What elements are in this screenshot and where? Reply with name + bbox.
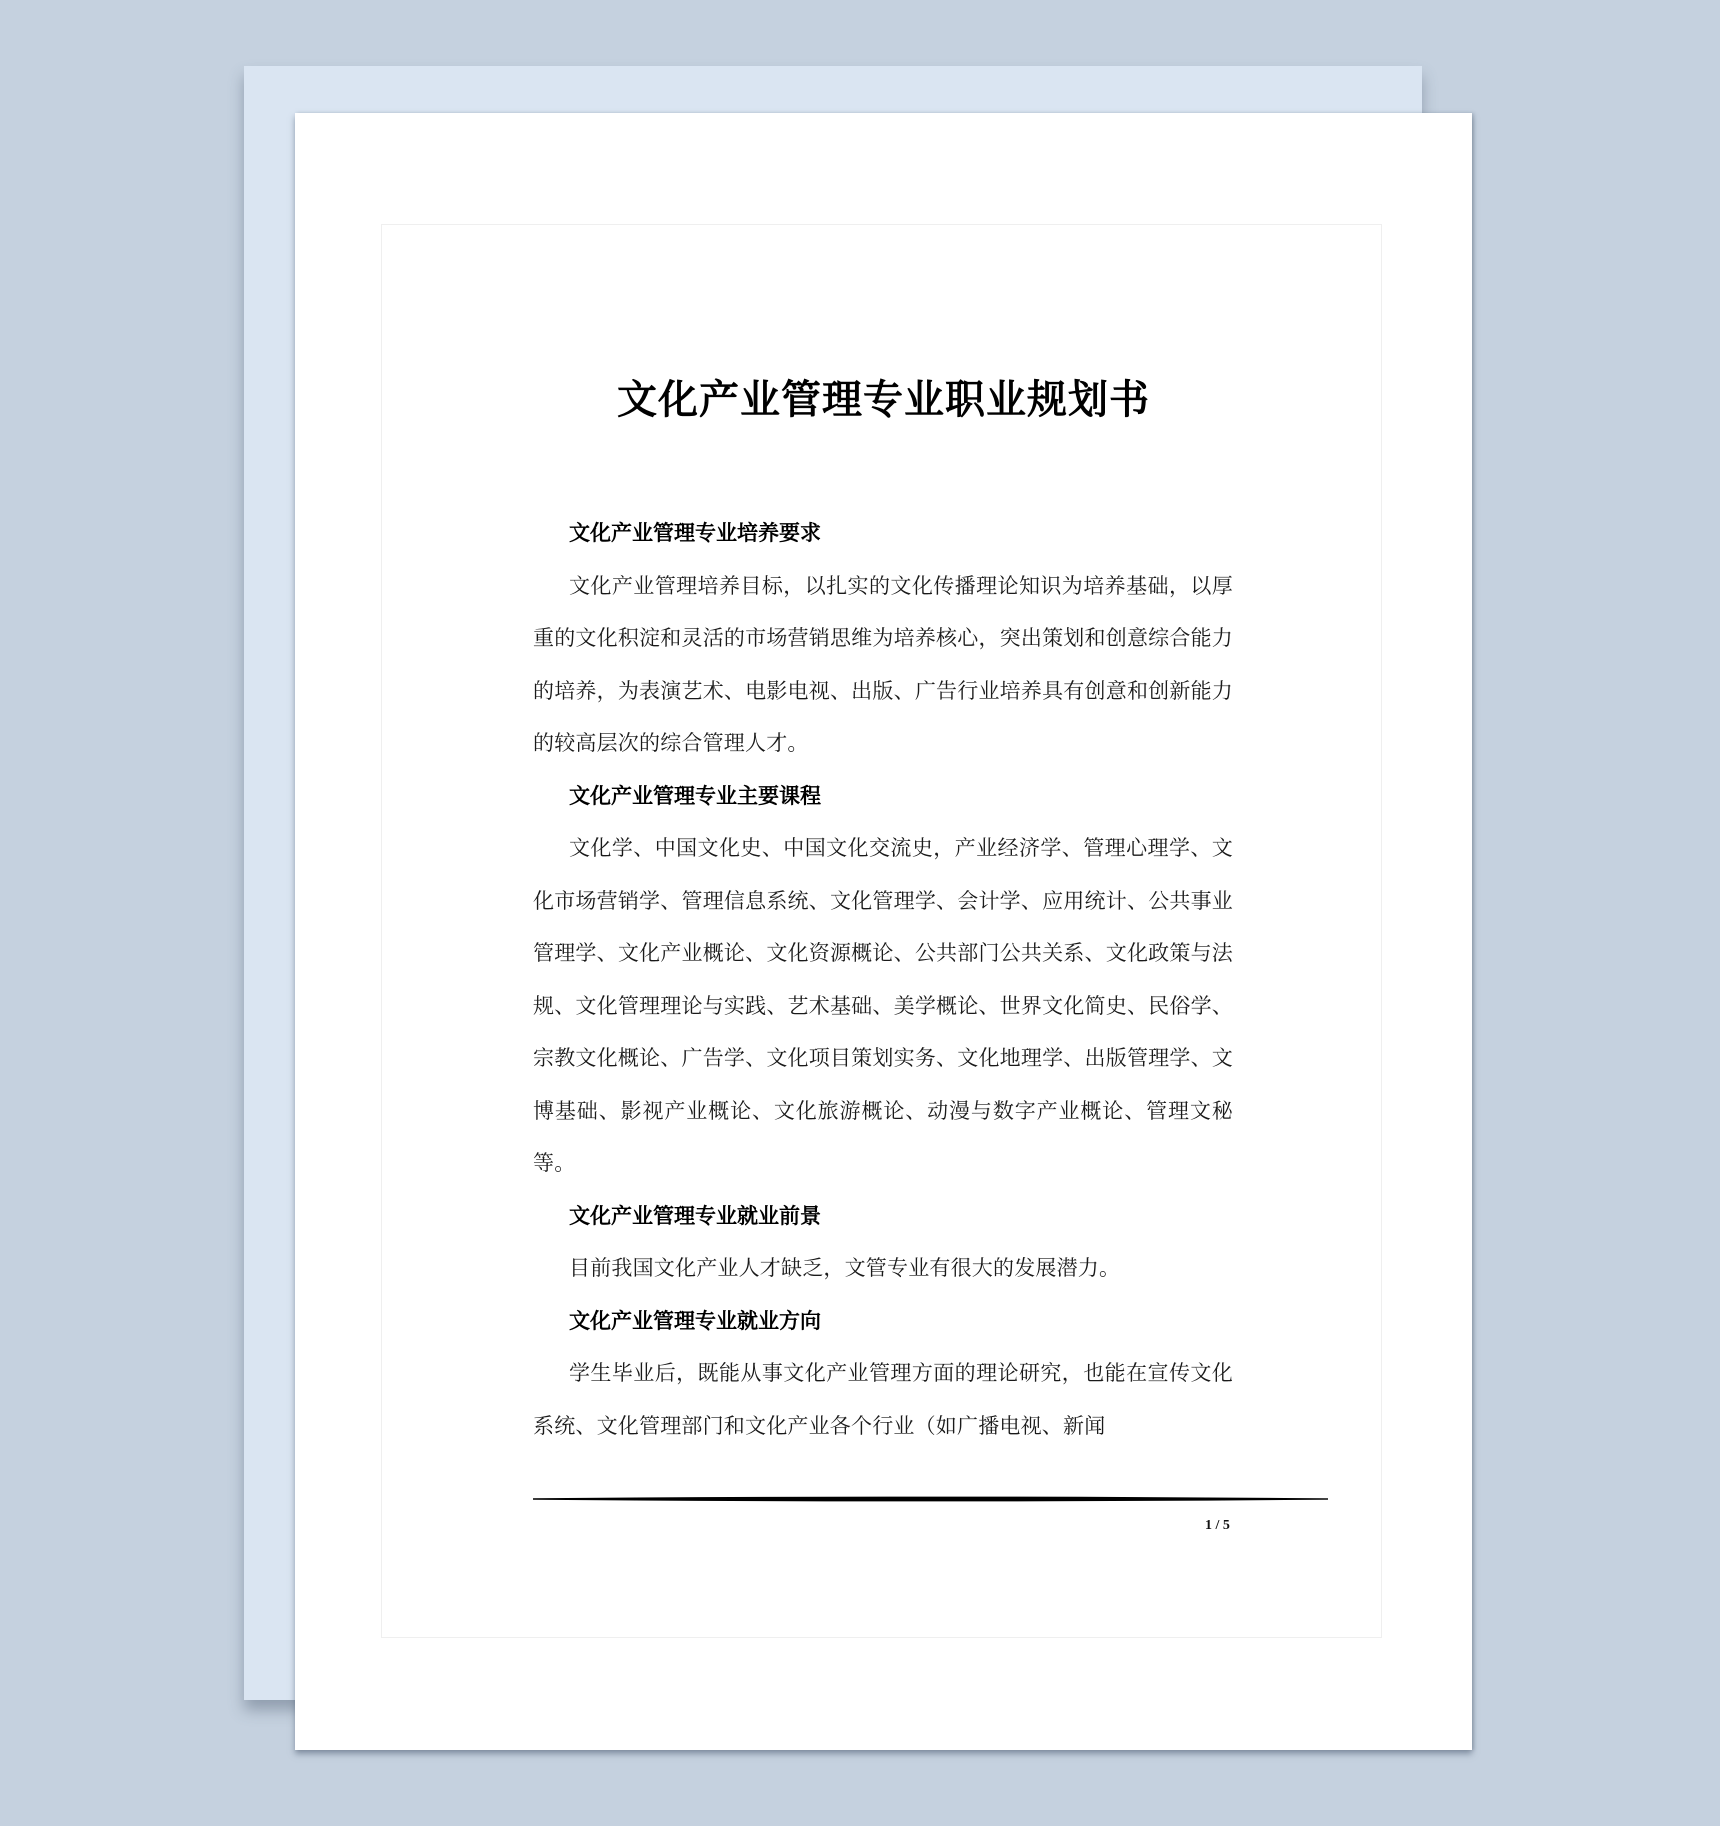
- section-heading-employment-prospects: 文化产业管理专业就业前景: [533, 1190, 1233, 1243]
- front-page-sheet: 文化产业管理专业职业规划书 文化产业管理专业培养要求 文化产业管理培养目标，以扎…: [295, 113, 1472, 1750]
- section-paragraph-main-courses: 文化学、中国文化史、中国文化交流史，产业经济学、管理心理学、文化市场营销学、管理…: [533, 822, 1233, 1190]
- document-title: 文化产业管理专业职业规划书: [295, 375, 1472, 425]
- document-body: 文化产业管理专业培养要求 文化产业管理培养目标，以扎实的文化传播理论知识为培养基…: [533, 507, 1233, 1452]
- section-paragraph-employment-prospects: 目前我国文化产业人才缺乏，文管专业有很大的发展潜力。: [533, 1242, 1233, 1295]
- section-heading-employment-direction: 文化产业管理专业就业方向: [533, 1295, 1233, 1348]
- section-paragraph-employment-direction: 学生毕业后，既能从事文化产业管理方面的理论研究，也能在宣传文化系统、文化管理部门…: [533, 1347, 1233, 1452]
- footer-divider-line: [533, 1493, 1328, 1505]
- page-number: 1 / 5: [1205, 1518, 1230, 1534]
- section-heading-training-requirements: 文化产业管理专业培养要求: [533, 507, 1233, 560]
- section-heading-main-courses: 文化产业管理专业主要课程: [533, 770, 1233, 823]
- section-paragraph-training-requirements: 文化产业管理培养目标，以扎实的文化传播理论知识为培养基础，以厚重的文化积淀和灵活…: [533, 560, 1233, 770]
